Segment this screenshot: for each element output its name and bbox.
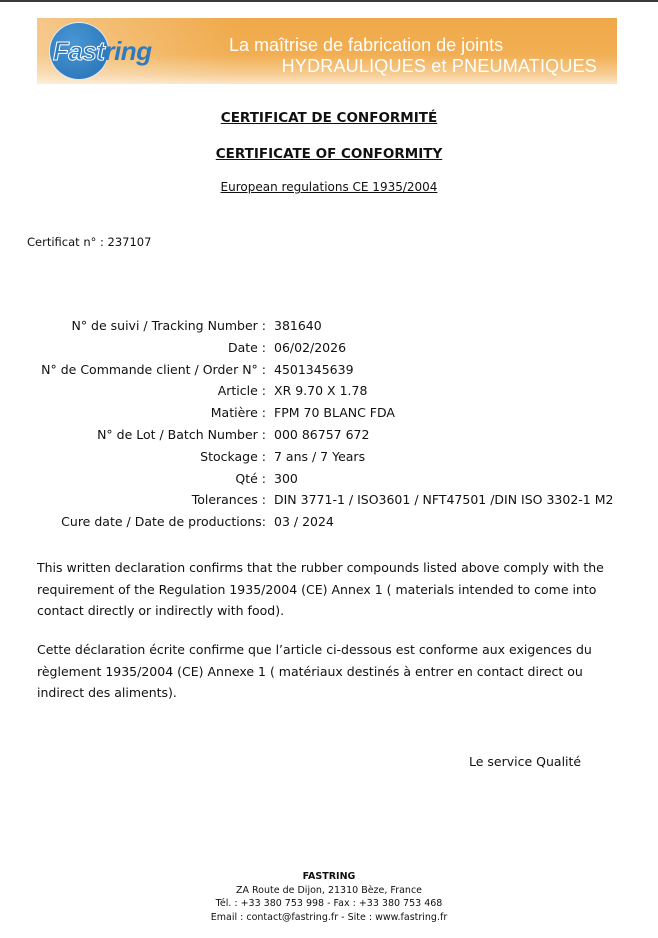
tagline-line-2: HYDRAULIQUES et PNEUMATIQUES — [282, 56, 597, 77]
field-batch-number: N° de Lot / Batch Number : 000 86757 672 — [0, 427, 658, 449]
field-article: Article : XR 9.70 X 1.78 — [0, 383, 658, 405]
logo-wordmark: Fastring — [53, 36, 152, 67]
field-label: Matière : — [211, 405, 266, 420]
declaration-french: Cette déclaration écrite confirme que l’… — [37, 639, 627, 704]
field-label: N° de Commande client / Order N° : — [41, 362, 266, 377]
field-value: FPM 70 BLANC FDA — [274, 405, 395, 420]
field-label: Qté : — [235, 471, 266, 486]
footer-phone-fax: Tél. : +33 380 753 998 - Fax : +33 380 7… — [0, 897, 658, 911]
tagline-line-1: La maîtrise de fabrication de joints — [229, 35, 503, 56]
logo-part-fast: Fast — [53, 36, 104, 66]
footer-address: ZA Route de Dijon, 21310 Bèze, France — [0, 884, 658, 898]
field-tracking-number: N° de suivi / Tracking Number : 381640 — [0, 318, 658, 340]
field-value: 4501345639 — [274, 362, 354, 377]
field-value: 300 — [274, 471, 298, 486]
header-banner: Fastring La maîtrise de fabrication de j… — [37, 18, 617, 84]
certificate-number: Certificat n° : 237107 — [27, 235, 151, 249]
field-order-number: N° de Commande client / Order N° : 45013… — [0, 362, 658, 384]
logo-part-ring: ring — [104, 36, 151, 66]
field-label: N° de Lot / Batch Number : — [97, 427, 266, 442]
field-material: Matière : FPM 70 BLANC FDA — [0, 405, 658, 427]
footer: FASTRING ZA Route de Dijon, 21310 Bèze, … — [0, 870, 658, 924]
field-tolerances: Tolerances : DIN 3771-1 / ISO3601 / NFT4… — [0, 492, 658, 514]
declaration-english: This written declaration confirms that t… — [37, 557, 627, 622]
field-cure-date: Cure date / Date de productions: 03 / 20… — [0, 514, 658, 536]
title-english: CERTIFICATE OF CONFORMITY — [0, 146, 658, 162]
field-label: Stockage : — [200, 449, 266, 464]
footer-company: FASTRING — [0, 870, 658, 884]
fastring-logo: Fastring — [49, 22, 177, 82]
field-label: Date : — [228, 340, 266, 355]
quality-signature: Le service Qualité — [469, 754, 581, 769]
field-label: N° de suivi / Tracking Number : — [71, 318, 266, 333]
field-value: 03 / 2024 — [274, 514, 334, 529]
field-value: 381640 — [274, 318, 322, 333]
field-date: Date : 06/02/2026 — [0, 340, 658, 362]
title-french: CERTIFICAT DE CONFORMITÉ — [0, 110, 658, 126]
field-value: 7 ans / 7 Years — [274, 449, 365, 464]
certificate-fields: N° de suivi / Tracking Number : 381640 D… — [0, 318, 658, 536]
footer-email-site: Email : contact@fastring.fr - Site : www… — [0, 911, 658, 925]
field-value: 06/02/2026 — [274, 340, 346, 355]
field-label: Article : — [218, 383, 266, 398]
field-value: 000 86757 672 — [274, 427, 369, 442]
field-value: DIN 3771-1 / ISO3601 / NFT47501 /DIN ISO… — [274, 492, 613, 507]
field-storage: Stockage : 7 ans / 7 Years — [0, 449, 658, 471]
field-quantity: Qté : 300 — [0, 471, 658, 493]
field-label: Tolerances : — [192, 492, 266, 507]
field-value: XR 9.70 X 1.78 — [274, 383, 367, 398]
regulation-subtitle: European regulations CE 1935/2004 — [0, 180, 658, 194]
field-label: Cure date / Date de productions: — [61, 514, 266, 529]
